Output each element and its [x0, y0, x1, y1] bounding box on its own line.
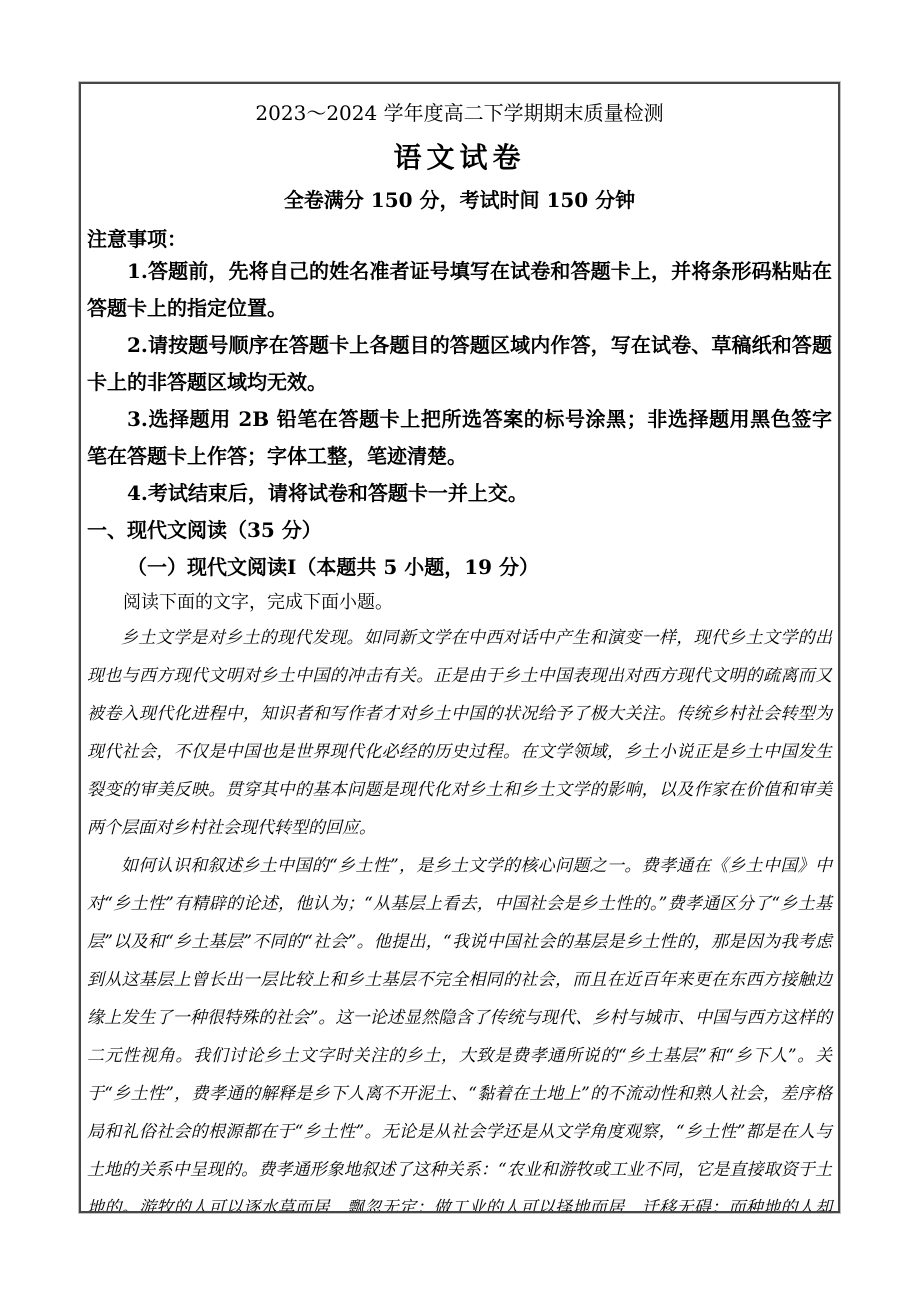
notice-heading: 注意事项：	[87, 225, 832, 253]
notice-item-3: 3.选择题用 2B 铅笔在答题卡上把所选答案的标号涂黑；非选择题用黑色签字笔在答…	[87, 401, 832, 475]
subsection-heading-reading1: （一）现代文阅读Ⅰ（本题共 5 小题，19 分）	[87, 549, 832, 586]
passage-paragraph-2: 如何认识和叙述乡土中国的“乡土性”，是乡土文学的核心问题之一。费孝通在《乡土中国…	[87, 847, 832, 1213]
notice-item-1: 1.答题前，先将自己的姓名准者证号填写在试卷和答题卡上，并将条形码粘贴在答题卡上…	[87, 253, 832, 327]
notice-item-4: 4.考试结束后，请将试卷和答题卡一并上交。	[87, 475, 832, 512]
reading-instruction: 阅读下面的文字，完成下面小题。	[87, 586, 832, 619]
exam-meta: 全卷满分 150 分，考试时间 150 分钟	[87, 187, 832, 213]
notice-item-2: 2.请按题号顺序在答题卡上各题目的答题区域内作答，写在试卷、草稿纸和答题卡上的非…	[87, 327, 832, 401]
passage-paragraph-1: 乡土文学是对乡土的现代发现。如同新文学在中西对话中产生和演变一样，现代乡土文学的…	[87, 619, 832, 847]
section-heading-part1: 一、现代文阅读（35 分）	[87, 512, 832, 549]
subject-title: 语文试卷	[87, 140, 832, 176]
exam-session-title: 2023～2024 学年度高二下学期期末质量检测	[87, 100, 832, 126]
document-frame: 2023～2024 学年度高二下学期期末质量检测 语文试卷 全卷满分 150 分…	[79, 82, 840, 1213]
